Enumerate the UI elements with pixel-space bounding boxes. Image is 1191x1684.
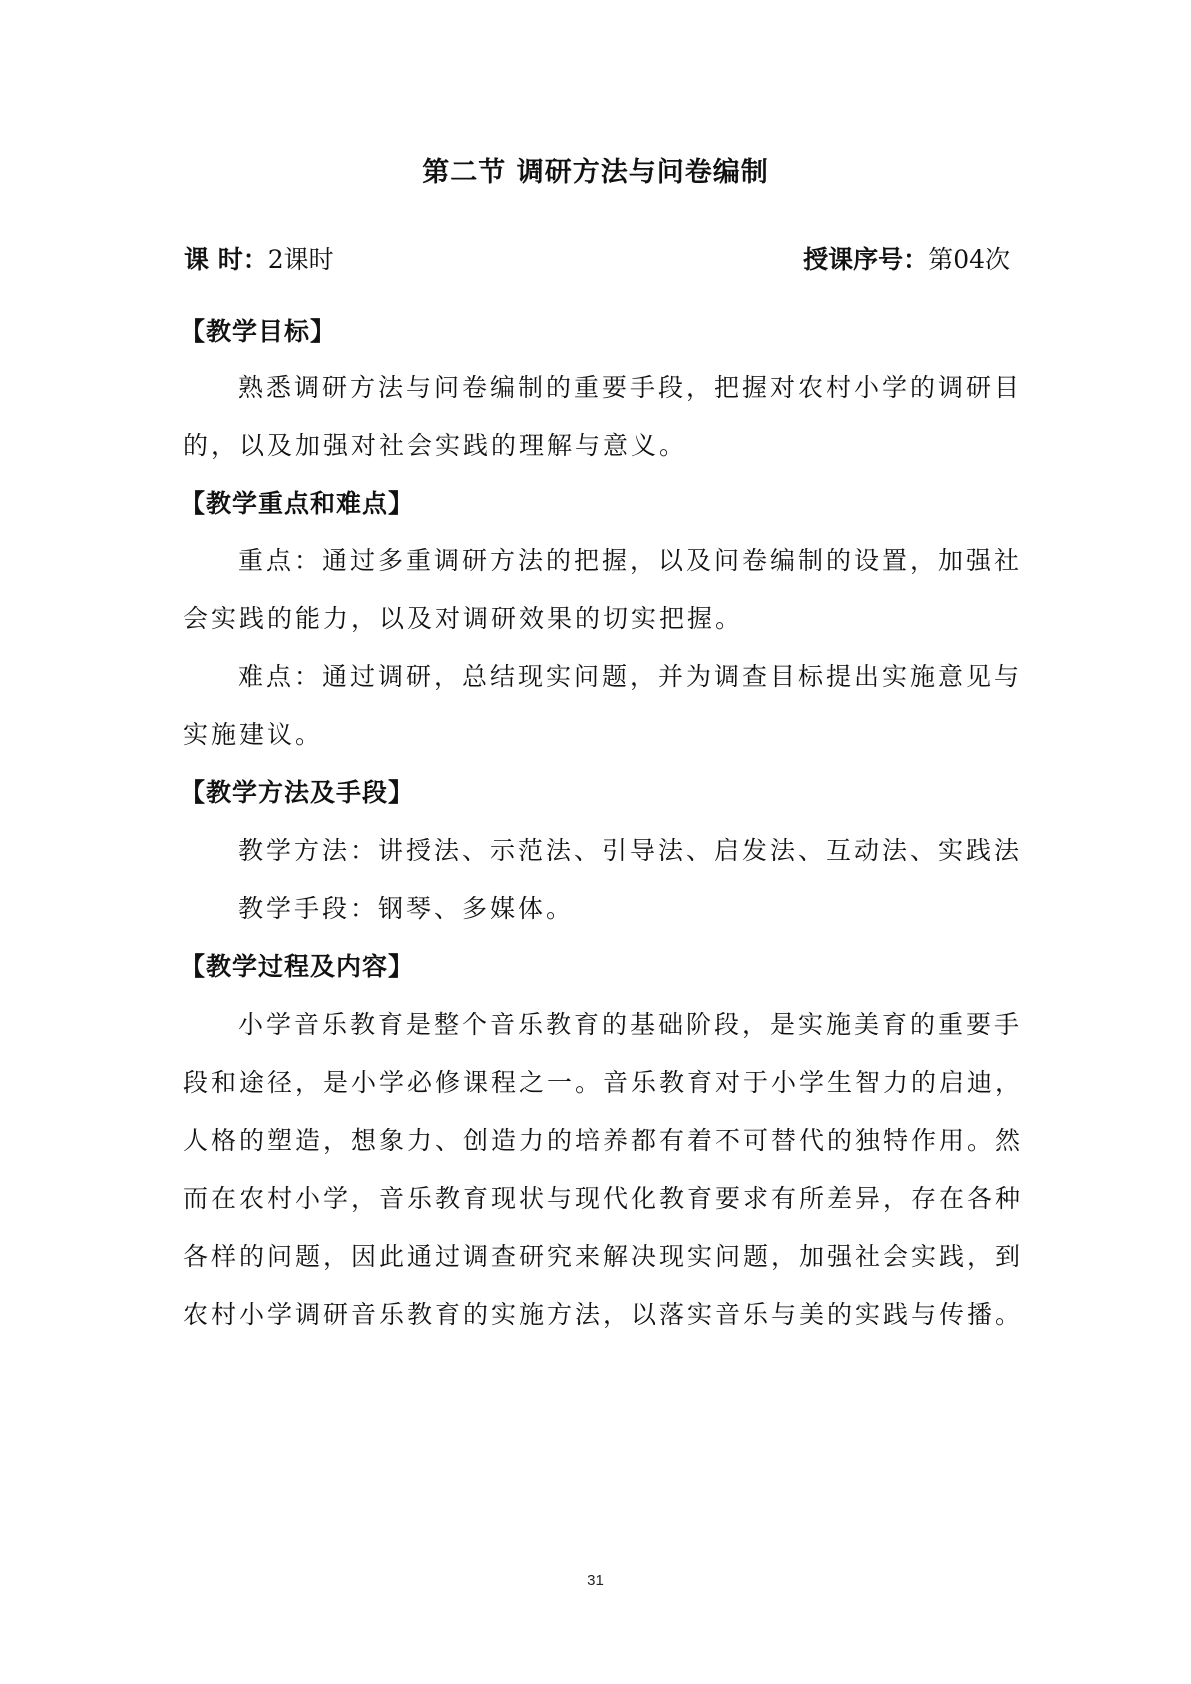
paragraph-line: 小学音乐教育是整个音乐教育的基础阶段，是实施美育的重要手 <box>238 1005 1013 1041</box>
section-title: 第二节 调研方法与问卷编制 <box>0 150 1191 189</box>
paragraph-line: 农村小学调研音乐教育的实施方法，以落实音乐与美的实践与传播。 <box>183 1295 1013 1331</box>
lesson-sequence: 授课序号：第04次 <box>803 240 1010 276</box>
lesson-hours: 课 时：2课时 <box>184 240 334 276</box>
paragraph-line: 人格的塑造，想象力、创造力的培养都有着不可替代的独特作用。然 <box>183 1121 1013 1157</box>
paragraph-line: 会实践的能力，以及对调研效果的切实把握。 <box>183 599 1013 635</box>
paragraph-line: 实施建议。 <box>183 715 1013 751</box>
heading-process-content: 【教学过程及内容】 <box>180 947 414 983</box>
document-page: 第二节 调研方法与问卷编制 课 时：2课时 授课序号：第04次 【教学目标】 熟… <box>0 0 1191 1684</box>
heading-key-points-difficulties: 【教学重点和难点】 <box>180 484 414 520</box>
paragraph-line: 的，以及加强对社会实践的理解与意义。 <box>183 426 1013 462</box>
paragraph-line: 教学手段：钢琴、多媒体。 <box>238 889 1013 925</box>
paragraph-line: 段和途径，是小学必修课程之一。音乐教育对于小学生智力的启迪， <box>183 1063 1013 1099</box>
heading-teaching-objectives: 【教学目标】 <box>180 312 336 348</box>
paragraph-line: 熟悉调研方法与问卷编制的重要手段，把握对农村小学的调研目 <box>238 368 1013 404</box>
paragraph-line: 难点：通过调研，总结现实问题，并为调查目标提出实施意见与 <box>238 657 1013 693</box>
page-number: 31 <box>0 1572 1191 1589</box>
heading-methods-means: 【教学方法及手段】 <box>180 773 414 809</box>
paragraph-line: 而在农村小学，音乐教育现状与现代化教育要求有所差异，存在各种 <box>183 1179 1013 1215</box>
lesson-hours-label: 课 时： <box>184 245 268 274</box>
paragraph-line: 教学方法：讲授法、示范法、引导法、启发法、互动法、实践法 <box>238 831 1013 867</box>
lesson-meta-row: 课 时：2课时 授课序号：第04次 <box>184 240 1010 280</box>
lesson-sequence-value: 第04次 <box>928 245 1010 274</box>
paragraph-line: 各样的问题，因此通过调查研究来解决现实问题，加强社会实践，到 <box>183 1237 1013 1273</box>
lesson-sequence-label: 授课序号： <box>803 245 928 274</box>
lesson-hours-value: 2课时 <box>268 245 334 274</box>
paragraph-line: 重点：通过多重调研方法的把握，以及问卷编制的设置，加强社 <box>238 541 1013 577</box>
